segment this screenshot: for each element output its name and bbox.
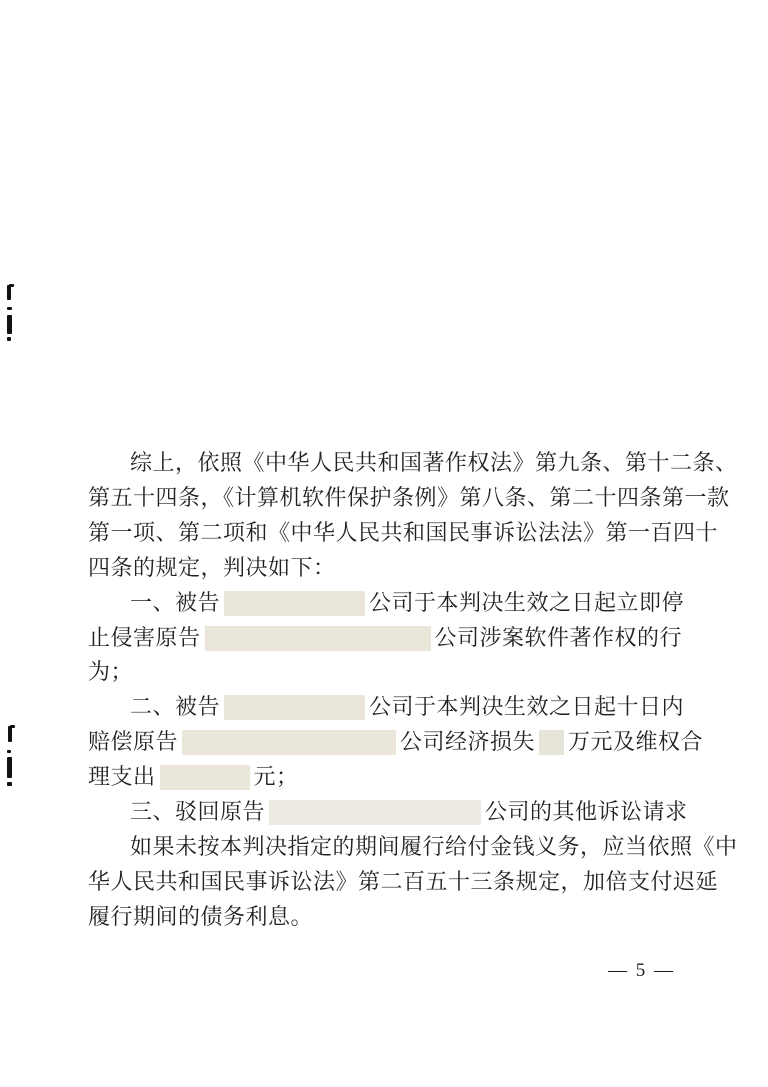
scanned-judgment-page: 综上，依照《中华人民共和国著作权法》第九条、第十二条、第五十四条，《计算机软件保… bbox=[0, 0, 768, 1087]
redaction-box bbox=[269, 800, 481, 825]
redaction-box bbox=[224, 591, 365, 616]
text-run: 如果未按本判决指定的期间履行给付金钱义务，应当依照《中 bbox=[130, 833, 738, 861]
text-run: 二、被告 bbox=[130, 693, 220, 721]
document-line: 华人民共和国民事诉讼法》第二百五十三条规定，加倍支付迟延 bbox=[88, 868, 718, 896]
text-run: 履行期间的债务利息。 bbox=[88, 903, 313, 931]
redaction-box bbox=[224, 695, 365, 720]
binding-mark-flag bbox=[10, 725, 15, 728]
document-line: 综上，依照《中华人民共和国著作权法》第九条、第十二条、 bbox=[130, 449, 738, 477]
redaction-box bbox=[182, 730, 396, 755]
document-line: 为； bbox=[88, 658, 133, 686]
document-line: 第五十四条，《计算机软件保护条例》第八条、第二十四条第一款 bbox=[88, 484, 730, 512]
text-run: 综上，依照《中华人民共和国著作权法》第九条、第十二条、 bbox=[130, 449, 738, 477]
text-run: 公司于本判决生效之日起立即停 bbox=[369, 589, 684, 617]
text-run: 公司经济损失 bbox=[400, 728, 535, 756]
binding-mark-bar bbox=[7, 757, 12, 778]
text-run: 赔偿原告 bbox=[88, 728, 178, 756]
text-run: 四条的规定，判决如下： bbox=[88, 554, 336, 582]
document-line: 赔偿原告公司经济损失万元及维权合 bbox=[88, 728, 703, 756]
document-line: 二、被告公司于本判决生效之日起十日内 bbox=[130, 693, 684, 721]
binding-mark-dot bbox=[7, 337, 11, 341]
document-line: 三、驳回原告公司的其他诉讼请求 bbox=[130, 798, 688, 826]
text-run: 公司于本判决生效之日起十日内 bbox=[369, 693, 684, 721]
binding-mark-bar bbox=[7, 315, 12, 334]
binding-mark-dash bbox=[7, 307, 12, 310]
text-run: 第一项、第二项和《中华人民共和国民事诉讼法法》第一百四十 bbox=[88, 519, 718, 547]
binding-mark-dash bbox=[7, 750, 11, 753]
document-line: 一、被告公司于本判决生效之日起立即停 bbox=[130, 589, 684, 617]
text-run: 华人民共和国民事诉讼法》第二百五十三条规定，加倍支付迟延 bbox=[88, 868, 718, 896]
document-line: 四条的规定，判决如下： bbox=[88, 554, 336, 582]
text-run: 公司涉案软件著作权的行 bbox=[435, 624, 683, 652]
text-run: 一、被告 bbox=[130, 589, 220, 617]
page-number: — 5 — bbox=[608, 960, 675, 982]
text-run: 理支出 bbox=[88, 763, 156, 791]
text-run: 元； bbox=[254, 763, 299, 791]
binding-mark-stem bbox=[8, 726, 12, 742]
text-run: 止侵害原告 bbox=[88, 624, 201, 652]
text-run: 公司的其他诉讼请求 bbox=[485, 798, 688, 826]
document-line: 第一项、第二项和《中华人民共和国民事诉讼法法》第一百四十 bbox=[88, 519, 718, 547]
text-run: 第五十四条，《计算机软件保护条例》第八条、第二十四条第一款 bbox=[88, 484, 730, 512]
binding-mark-flag bbox=[9, 284, 14, 287]
document-line: 理支出元； bbox=[88, 763, 299, 791]
binding-mark-stem bbox=[7, 285, 11, 300]
binding-mark-dash bbox=[7, 782, 12, 786]
document-line: 如果未按本判决指定的期间履行给付金钱义务，应当依照《中 bbox=[130, 833, 738, 861]
document-line: 履行期间的债务利息。 bbox=[88, 903, 313, 931]
redaction-box bbox=[205, 626, 431, 651]
text-run: 为； bbox=[88, 658, 133, 686]
document-line: 止侵害原告公司涉案软件著作权的行 bbox=[88, 624, 682, 652]
text-run: 三、驳回原告 bbox=[130, 798, 265, 826]
redaction-box bbox=[539, 730, 564, 755]
text-run: 万元及维权合 bbox=[568, 728, 703, 756]
redaction-box bbox=[160, 765, 250, 790]
